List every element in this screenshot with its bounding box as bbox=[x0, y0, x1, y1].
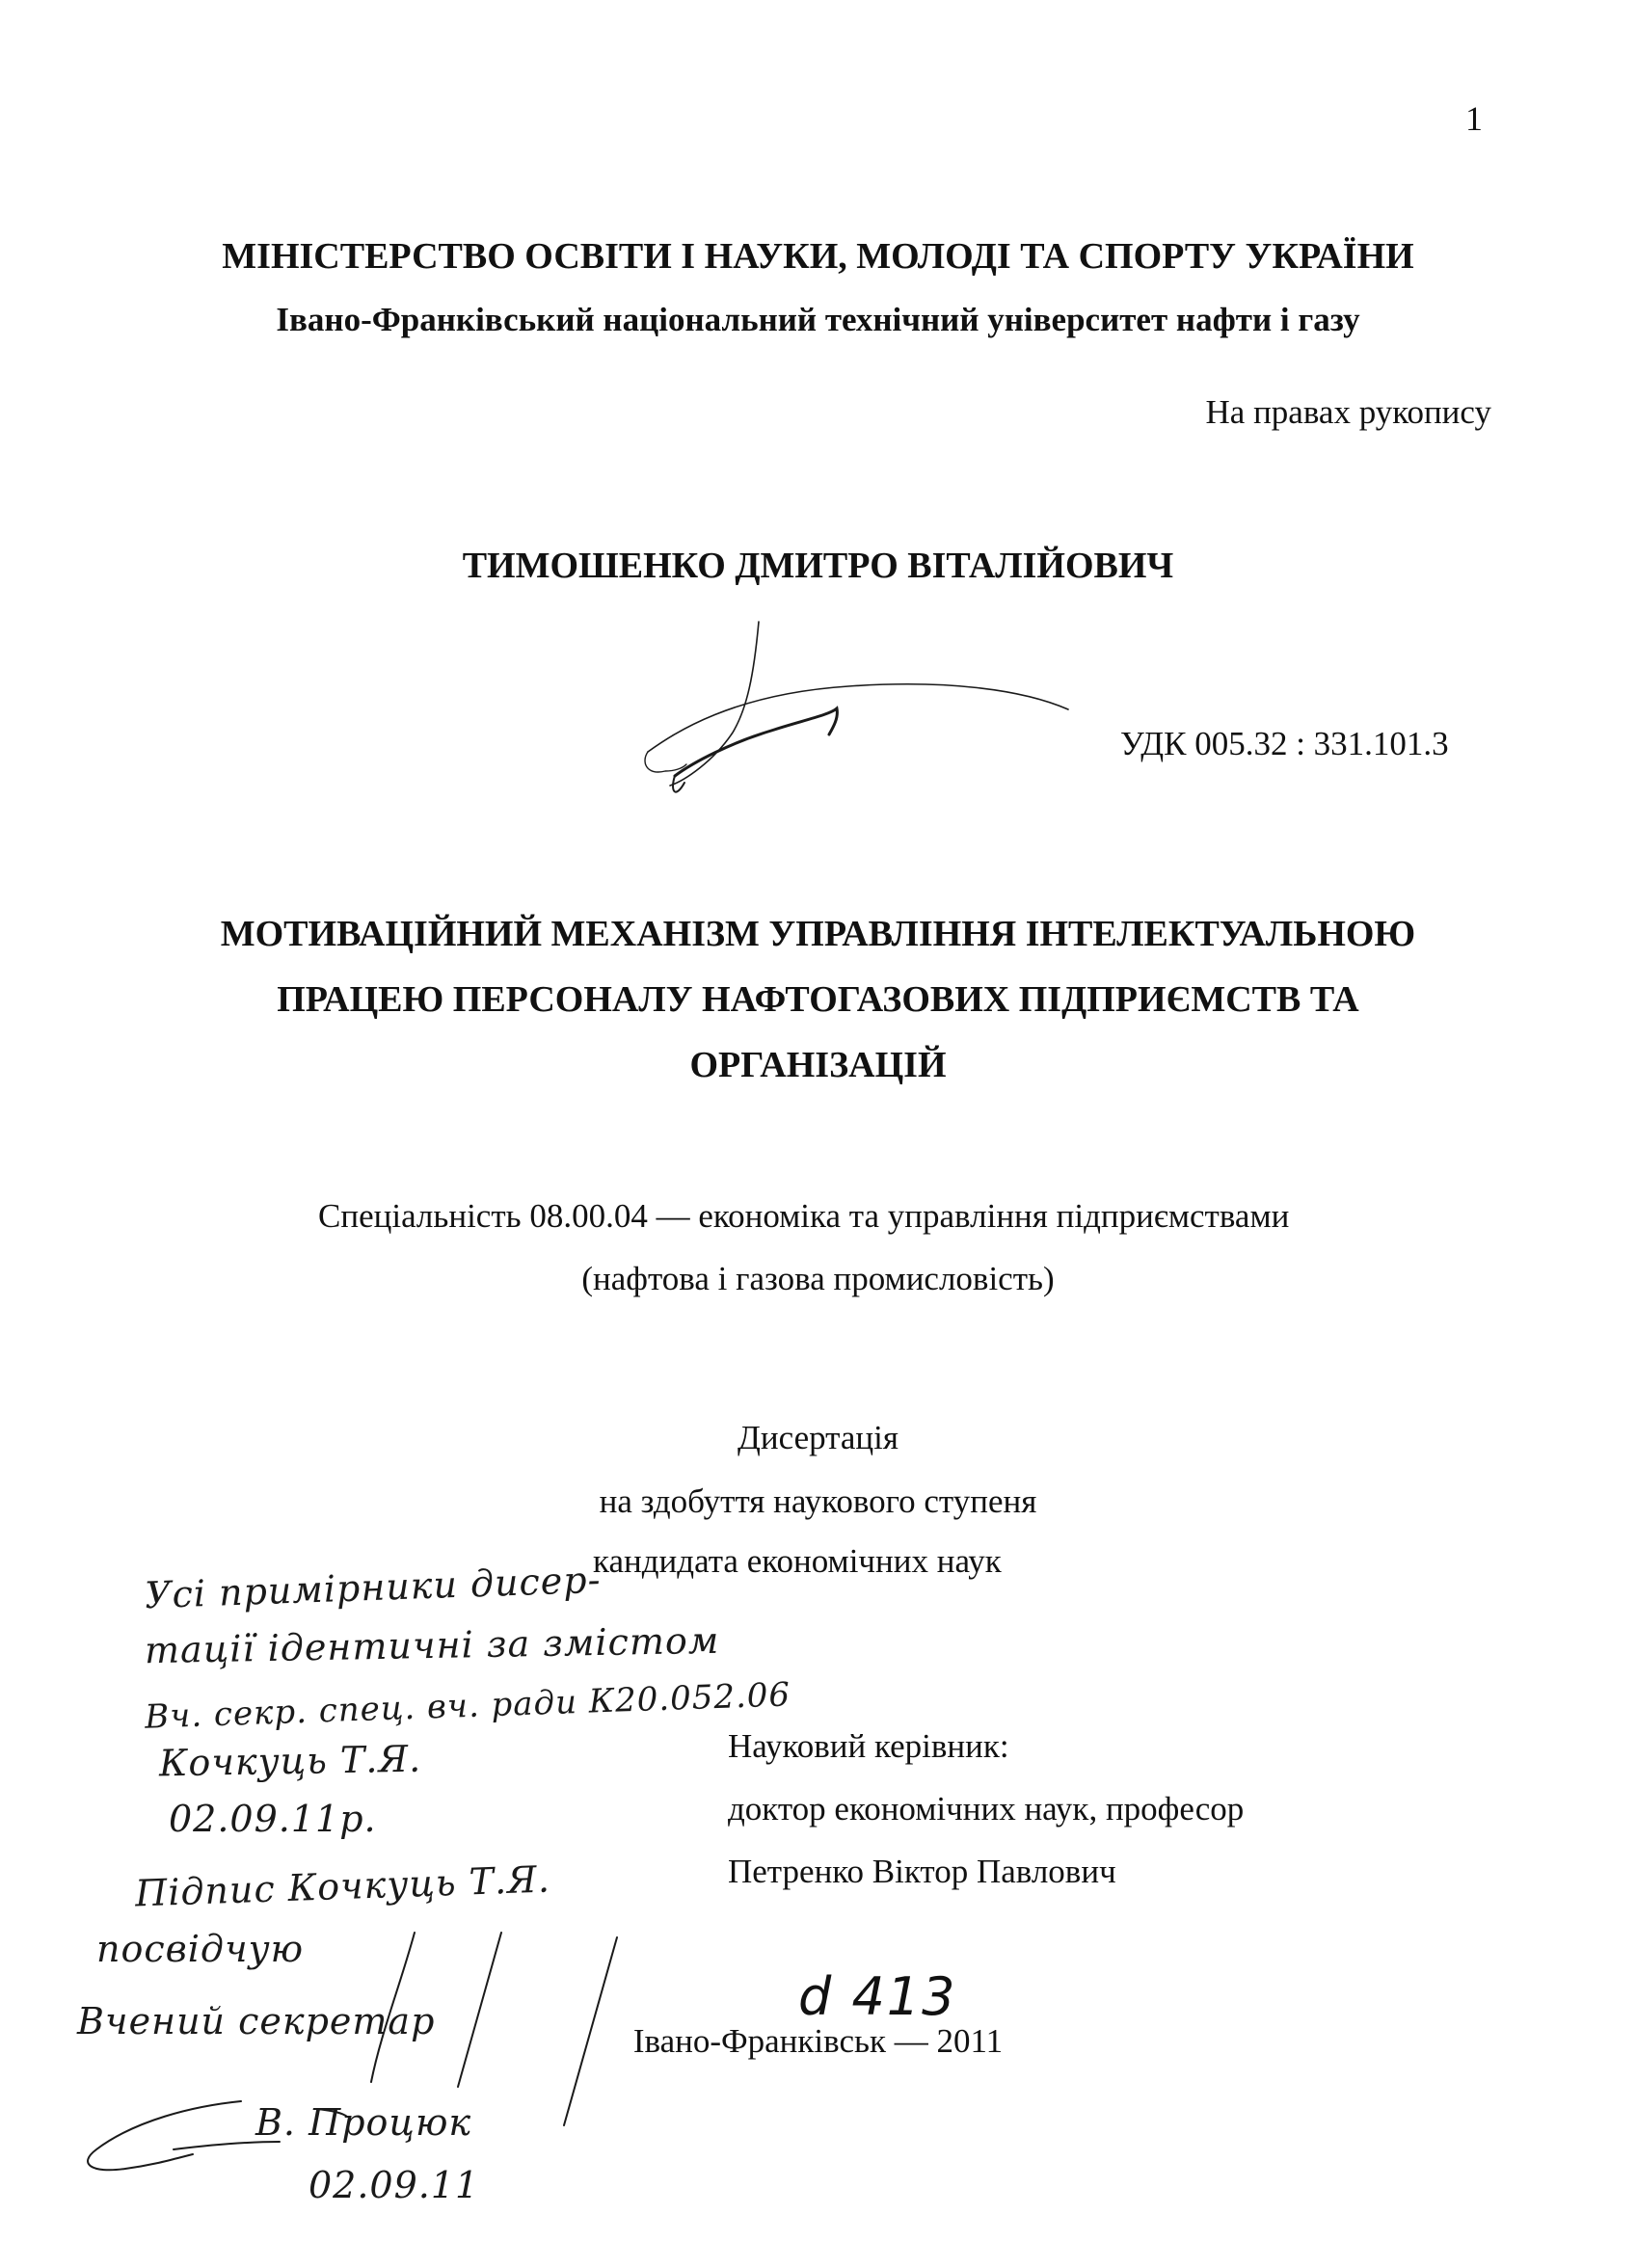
manuscript-note: На правах рукопису bbox=[1206, 393, 1491, 432]
handwritten-line: В. Процюк bbox=[255, 2101, 471, 2144]
specialty-line: Спеціальність 08.00.04 — економіка та уп… bbox=[318, 1197, 1289, 1236]
supervisor-degree: доктор економічних наук, професор bbox=[728, 1790, 1244, 1828]
supervisor-name: Петренко Віктор Павлович bbox=[728, 1853, 1116, 1891]
thesis-title-line: МОТИВАЦІЙНИЙ МЕХАНІЗМ УПРАВЛІННЯ ІНТЕЛЕК… bbox=[0, 901, 1636, 967]
dissertation-purpose: на здобуття наукового ступеня bbox=[0, 1482, 1636, 1521]
handwritten-line: посвідчую bbox=[96, 1928, 304, 1970]
handwritten-line: Підпис Кочкуць Т.Я. bbox=[134, 1857, 550, 1914]
handwritten-date: 02.09.11р. bbox=[169, 1798, 377, 1840]
university-heading: Івано-Франківський національний технічни… bbox=[0, 301, 1636, 339]
thesis-title-line: ОРГАНІЗАЦІЙ bbox=[0, 1032, 1636, 1098]
handwritten-line: Вчений секретар bbox=[77, 2000, 435, 2042]
dissertation-degree: кандидата економічних наук bbox=[593, 1542, 1002, 1581]
handwritten-line: Кочкуць Т.Я. bbox=[159, 1738, 422, 1785]
udc-code: УДК 005.32 : 331.101.3 bbox=[1120, 725, 1449, 763]
thesis-title-line: ПРАЦЕЮ ПЕРСОНАЛУ НАФТОГАЗОВИХ ПІДПРИЄМСТ… bbox=[0, 967, 1636, 1032]
thesis-title: МОТИВАЦІЙНИЙ МЕХАНІЗМ УПРАВЛІННЯ ІНТЕЛЕК… bbox=[0, 901, 1636, 1098]
handwritten-line: Вч. секр. спец. вч. ради К20.052.06 bbox=[145, 1675, 791, 1736]
handwritten-line: Усі примірники дисер- bbox=[144, 1559, 602, 1616]
supervisor-label: Науковий керівник: bbox=[728, 1727, 1009, 1766]
inventory-number: d 413 bbox=[798, 1966, 957, 2027]
dissertation-label: Дисертація bbox=[0, 1419, 1636, 1457]
page-number: 1 bbox=[1465, 98, 1483, 139]
author-name: ТИМОШЕНКО ДМИТРО ВІТАЛІЙОВИЧ bbox=[0, 545, 1636, 587]
ministry-heading: МІНІСТЕРСТВО ОСВІТИ І НАУКИ, МОЛОДІ ТА С… bbox=[0, 235, 1636, 278]
handwritten-date: 02.09.11 bbox=[308, 2164, 479, 2206]
handwritten-line: тації ідентичні за змістом bbox=[145, 1619, 720, 1671]
specialty-industry: (нафтова і газова промисловість) bbox=[0, 1260, 1636, 1298]
